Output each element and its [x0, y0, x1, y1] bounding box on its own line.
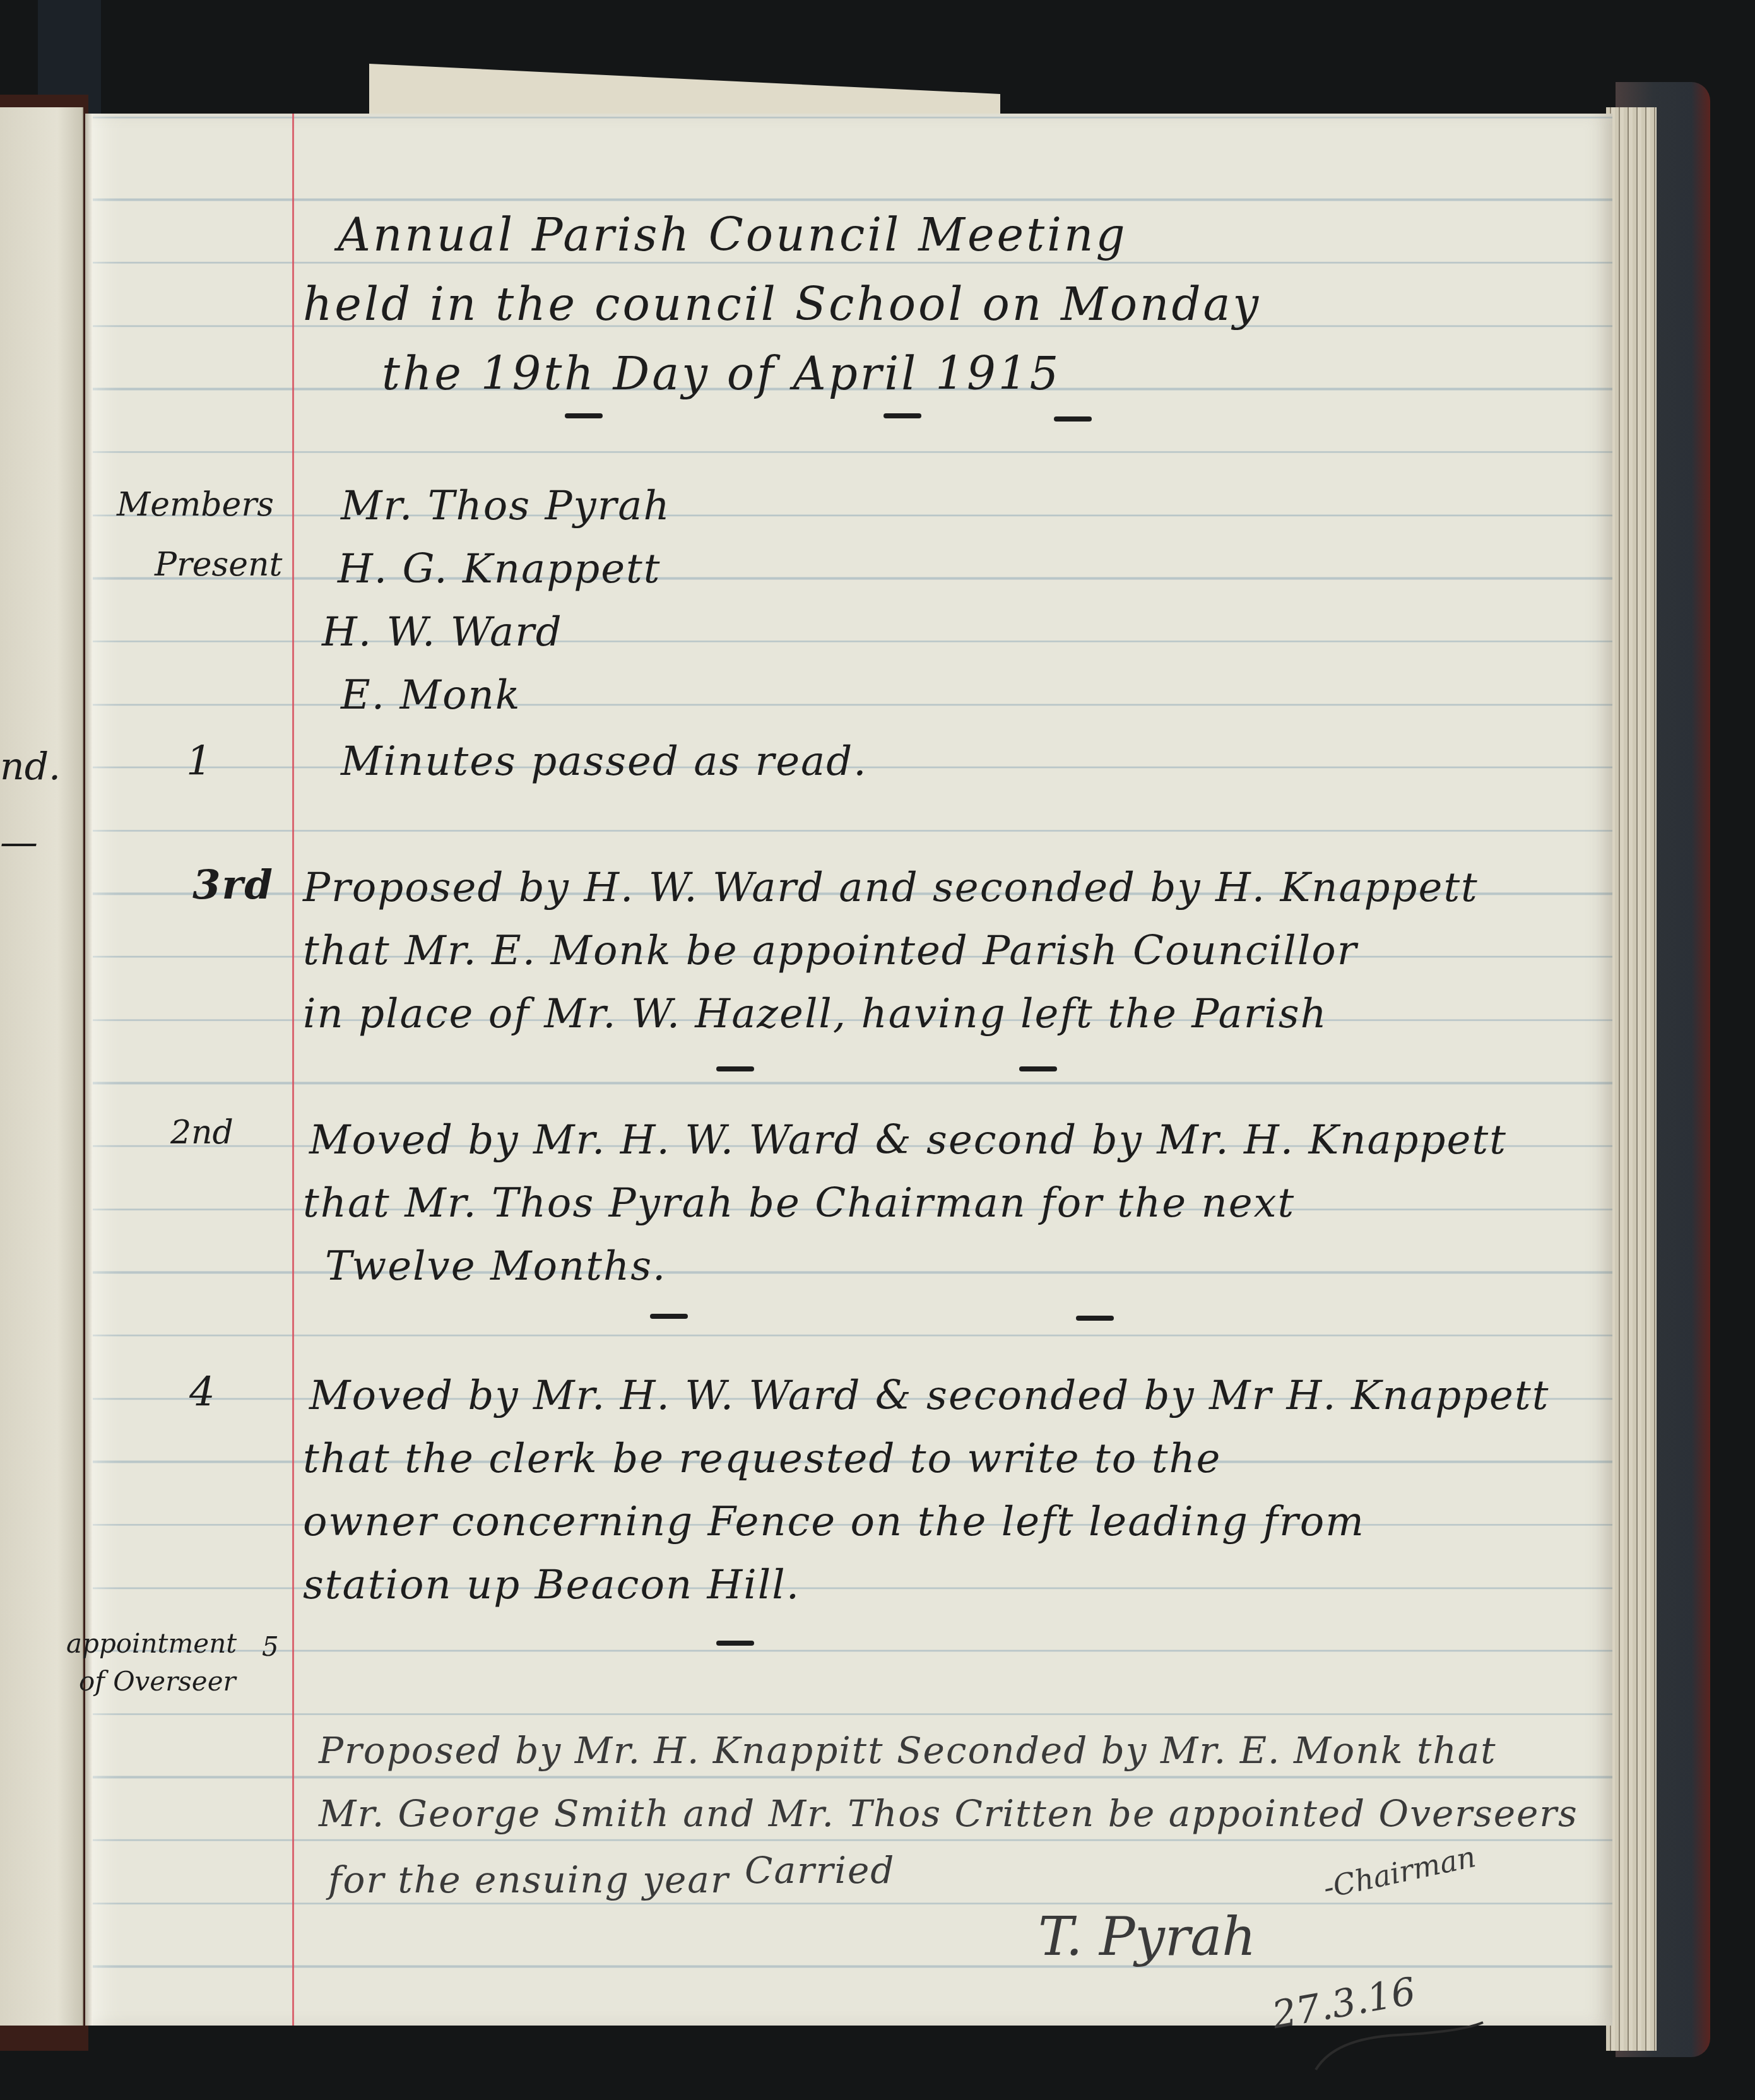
present-label: Present — [155, 546, 282, 584]
item-text: Moved by Mr. H. W. Ward & seconded by Mr… — [309, 1372, 1549, 1419]
member-name: Mr. Thos Pyrah — [341, 483, 671, 529]
item-text: Mr. George Smith and Mr. Thos Critten be… — [319, 1792, 1578, 1835]
left-page: nd. — — [0, 107, 83, 2026]
item-text: that the clerk be requested to write to … — [303, 1436, 1221, 1482]
margin-rule — [292, 114, 294, 2026]
item-text: for the ensuing year — [328, 1858, 730, 1901]
outcome-text: Carried — [745, 1849, 895, 1892]
left-page-fragment: nd. — [0, 745, 61, 789]
underline-mark — [650, 1314, 688, 1319]
underline-mark — [1054, 416, 1092, 422]
underline-mark — [565, 413, 603, 418]
signature-flourish — [1309, 2019, 1486, 2076]
item-text: owner concerning Fence on the left leadi… — [303, 1499, 1365, 1545]
item-text: Moved by Mr. H. W. Ward & second by Mr. … — [309, 1117, 1507, 1164]
item-text: in place of Mr. W. Hazell, having left t… — [303, 991, 1328, 1037]
item-text: Minutes passed as read. — [341, 738, 868, 785]
item-text: Proposed by H. W. Ward and seconded by H… — [303, 864, 1479, 911]
member-name: H. G. Knappett — [338, 546, 661, 593]
chairman-signature: T. Pyrah — [1038, 1906, 1256, 1967]
item-number: 4 — [189, 1369, 216, 1416]
ledger-page: Annual Parish Council Meeting held in th… — [85, 114, 1612, 2026]
underline-mark — [1019, 1066, 1057, 1071]
item-number: 5 — [262, 1631, 279, 1662]
heading-line-3: the 19th Day of April 1915 — [382, 347, 1061, 400]
page-fold — [85, 114, 93, 2026]
item-text: that Mr. E. Monk be appointed Parish Cou… — [303, 928, 1357, 974]
item-text: station up Beacon Hill. — [303, 1562, 800, 1608]
signature-title: -Chairman — [1320, 1839, 1479, 1905]
left-page-fragment: — — [0, 820, 38, 864]
item-text: Twelve Months. — [325, 1243, 666, 1290]
underline-mark — [716, 1641, 754, 1646]
item-number: 3rd — [192, 861, 274, 909]
item-text: Proposed by Mr. H. Knappitt Seconded by … — [319, 1729, 1497, 1772]
underline-mark — [1076, 1316, 1114, 1321]
heading-line-1: Annual Parish Council Meeting — [338, 208, 1128, 261]
underline-mark — [883, 413, 921, 418]
item-text: that Mr. Thos Pyrah be Chairman for the … — [303, 1180, 1295, 1227]
member-name: H. W. Ward — [322, 609, 563, 656]
margin-label: appointment — [66, 1628, 237, 1659]
item-number: 2nd — [170, 1114, 233, 1152]
heading-line-2: held in the council School on Monday — [303, 278, 1261, 331]
item-number: 1 — [186, 738, 213, 785]
page-edges — [1606, 107, 1657, 2051]
margin-label: of Overseer — [79, 1666, 236, 1697]
member-name: E. Monk — [341, 672, 521, 719]
members-label: Members — [117, 486, 274, 524]
underline-mark — [716, 1066, 754, 1071]
